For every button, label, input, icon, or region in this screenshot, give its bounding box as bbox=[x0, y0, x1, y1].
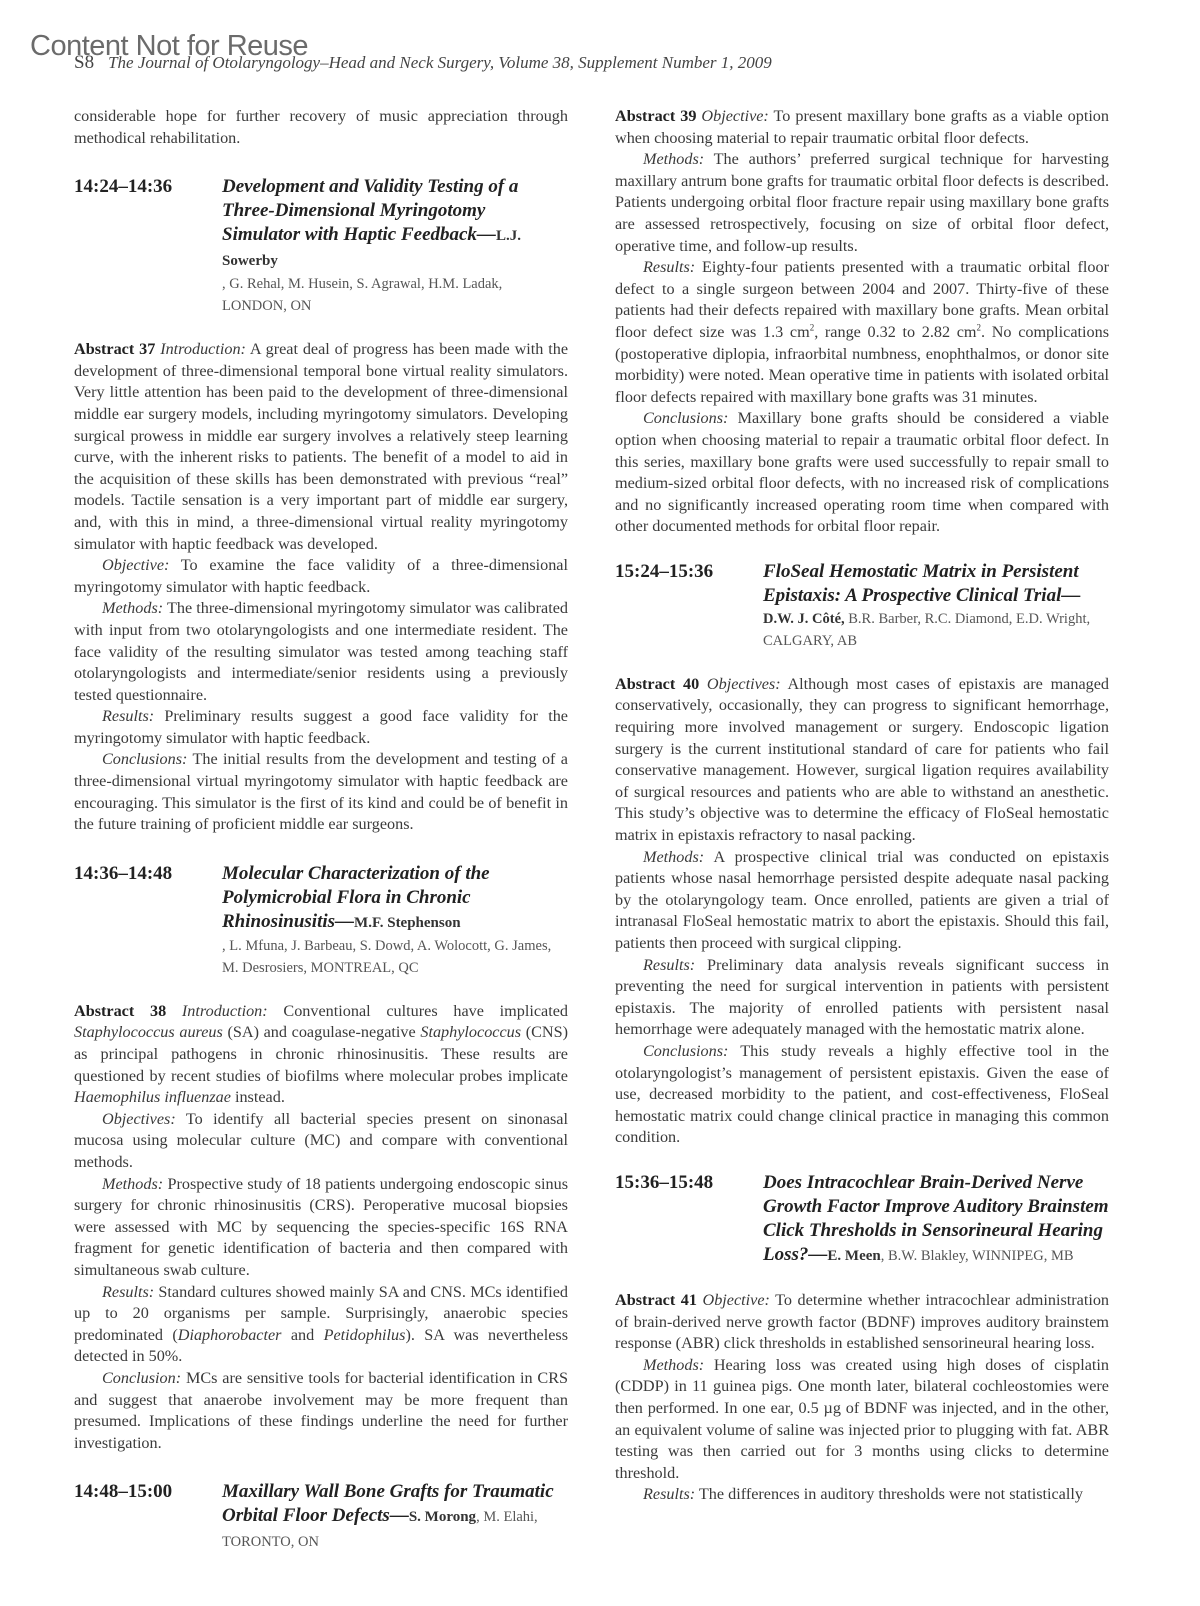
session-title: Maxillary Wall Bone Grafts for Traumatic… bbox=[222, 1480, 568, 1553]
abstract-38: Abstract 38 Introduction: Conventional c… bbox=[74, 1001, 568, 1454]
abstract-number: Abstract 37 bbox=[74, 340, 155, 358]
coauthors: , G. Rehal, M. Husein, S. Agrawal, H.M. … bbox=[222, 273, 568, 317]
presenter: E. Meen bbox=[827, 1248, 880, 1264]
presenter: D.W. J. Côté, bbox=[763, 611, 845, 627]
session-time: 14:36–14:48 bbox=[74, 862, 222, 979]
session-time: 14:24–14:36 bbox=[74, 175, 222, 317]
session-time: 15:36–15:48 bbox=[615, 1171, 763, 1268]
session-time: 15:24–15:36 bbox=[615, 560, 763, 652]
abstract-number: Abstract 38 bbox=[74, 1002, 166, 1020]
session-title: Development and Validity Testing of a Th… bbox=[222, 175, 568, 273]
left-column: considerable hope for further recovery o… bbox=[74, 106, 568, 1553]
watermark: Content Not for Reuse bbox=[30, 30, 308, 63]
session-abstract-38: 14:36–14:48 Molecular Characterization o… bbox=[74, 862, 568, 979]
abstract-number: Abstract 39 bbox=[615, 107, 696, 125]
session-abstract-40: 15:24–15:36 FloSeal Hemostatic Matrix in… bbox=[615, 560, 1109, 652]
abstract-number: Abstract 40 bbox=[615, 675, 699, 693]
session-title: Molecular Characterization of the Polymi… bbox=[222, 862, 568, 935]
session-time: 14:48–15:00 bbox=[74, 1480, 222, 1553]
abstract-39: Abstract 39 Objective: To present maxill… bbox=[615, 106, 1109, 538]
abstract-number: Abstract 41 bbox=[615, 1291, 697, 1309]
coauthors: D.W. J. Côté, B.R. Barber, R.C. Diamond,… bbox=[763, 608, 1109, 652]
coauthors: , L. Mfuna, J. Barbeau, S. Dowd, A. Wolo… bbox=[222, 935, 568, 979]
abstract-41: Abstract 41 Objective: To determine whet… bbox=[615, 1290, 1109, 1506]
session-title: FloSeal Hemostatic Matrix in Persistent … bbox=[763, 560, 1109, 608]
presenter: M.F. Stephenson bbox=[354, 915, 461, 931]
session-title: Does Intracochlear Brain-Derived Nerve G… bbox=[763, 1171, 1109, 1268]
session-abstract-37: 14:24–14:36 Development and Validity Tes… bbox=[74, 175, 568, 317]
continuation-paragraph: considerable hope for further recovery o… bbox=[74, 106, 568, 149]
session-abstract-39: 14:48–15:00 Maxillary Wall Bone Grafts f… bbox=[74, 1480, 568, 1553]
presenter: S. Morong bbox=[409, 1509, 476, 1525]
abstract-40: Abstract 40 Objectives: Although most ca… bbox=[615, 674, 1109, 1149]
session-abstract-41: 15:36–15:48 Does Intracochlear Brain-Der… bbox=[615, 1171, 1109, 1268]
right-column: Abstract 39 Objective: To present maxill… bbox=[615, 106, 1109, 1506]
abstract-37: Abstract 37 Introduction: A great deal o… bbox=[74, 339, 568, 836]
